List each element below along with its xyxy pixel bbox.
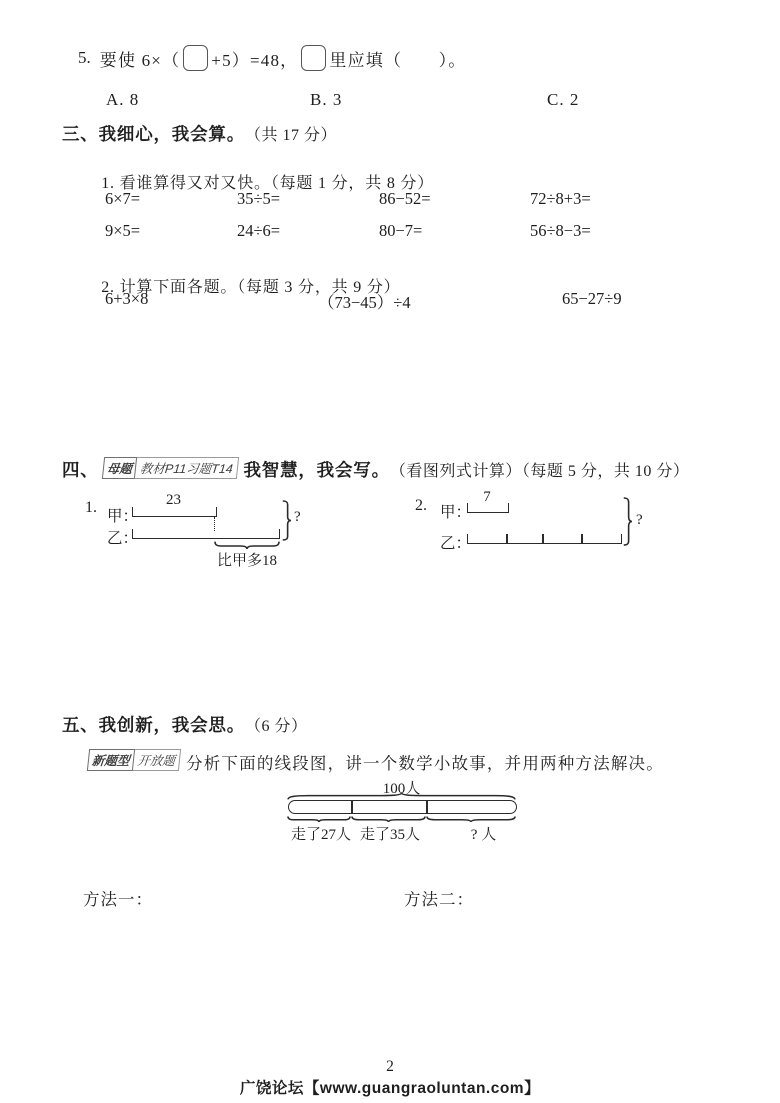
calc-item: 6×7= [105, 189, 140, 209]
question-5-number: 5. [78, 48, 91, 68]
badge-tag: 母题 [101, 457, 136, 479]
calc-item: 24÷6= [237, 221, 280, 241]
question-5-text-3: 里应填（ ）。 [329, 46, 466, 71]
section-3-score: （共 17 分） [245, 122, 337, 145]
footer-site: 广饶论坛【www.guangraoluntan.com】 [0, 1076, 780, 1098]
question-5-text-1: 要使 6×（ [100, 46, 181, 71]
brace-down-icon [352, 816, 425, 822]
calc-item: 56÷8−3= [530, 221, 591, 241]
calc-item: 9×5= [105, 221, 140, 241]
answer-box-2 [301, 45, 326, 71]
calc-item: 72÷8+3= [530, 189, 591, 209]
calc-item: 35÷5= [237, 189, 280, 209]
option-b: B. 3 [310, 90, 342, 110]
option-a: A. 8 [106, 90, 139, 110]
section-5-score: （6 分） [245, 713, 308, 736]
diagram-2-number: 2. [415, 497, 427, 515]
badge-tag: 新题型 [87, 749, 135, 771]
bar-tick [581, 534, 583, 543]
bar-tick [542, 534, 544, 543]
section-4-note: （看图列式计算）（每题 5 分，共 10 分） [390, 458, 690, 481]
line-segment-diagram: 100人 走了27人 走了35人 ? 人 [288, 777, 515, 835]
method-2-label: 方法二： [404, 886, 474, 910]
bar-divider [351, 801, 353, 813]
jia-bar [467, 503, 509, 513]
section-5-prompt: 分析下面的线段图，讲一个数学小故事，并用两种方法解决。 [186, 750, 664, 774]
calc-expression: 65−27÷9 [562, 289, 622, 309]
brace-up-icon [288, 793, 515, 800]
answer-box-1 [183, 45, 208, 71]
calc-expression: 6+3×8 [105, 289, 148, 309]
section-4-number: 四、 [62, 457, 99, 482]
page-number: 2 [0, 1058, 780, 1076]
segment-label-2: 走了35人 [355, 823, 425, 844]
badge-ref: 教材P11习题T14 [134, 457, 238, 479]
brace-down-icon [427, 816, 515, 822]
diagram-1-extra-label: 比甲多18 [201, 549, 293, 570]
bar-divider [426, 801, 428, 813]
diagram-2-question-mark: ? [636, 512, 643, 529]
source-badge: 母题 教材P11习题T14 [101, 457, 238, 479]
section-5-title: 五、我创新，我会思。 [62, 712, 245, 737]
calc-item: 80−7= [379, 221, 422, 241]
type-badge: 新题型 开放题 [87, 749, 181, 771]
badge-ref: 开放题 [132, 749, 181, 771]
question-5: 5. 要使 6×（ +5）=48， 里应填（ ）。 [78, 45, 466, 71]
section-3-heading: 三、我细心，我会算。 （共 17 分） [62, 121, 337, 146]
calc-item: 86−52= [379, 189, 431, 209]
brace-right-icon [282, 501, 291, 540]
method-1-label: 方法一： [83, 886, 153, 910]
bar-tick [506, 534, 508, 543]
bar-diagram-2: 2. 甲： 7 乙： ? [415, 495, 655, 567]
jia-bar [132, 507, 217, 517]
worksheet-page: 5. 要使 6×（ +5）=48， 里应填（ ）。 A. 8 B. 3 C. 2… [0, 0, 780, 1103]
yi-bar [132, 529, 280, 539]
segment-label-3: ? 人 [456, 823, 511, 844]
question-5-text-2: +5）=48， [211, 46, 298, 71]
section-5-prompt-line: 新题型 开放题 分析下面的线段图，讲一个数学小故事，并用两种方法解决。 [88, 750, 664, 774]
diagram-1-question-mark: ? [294, 509, 301, 526]
brace-down-icon [215, 541, 279, 549]
section-5-heading: 五、我创新，我会思。 （6 分） [62, 712, 308, 737]
yi-bar-segmented [467, 534, 622, 544]
section-4-heading: 四、 母题 教材P11习题T14 我智慧，我会写。 （看图列式计算）（每题 5 … [62, 457, 689, 482]
brace-down-icon [288, 816, 350, 822]
section-4-title: 我智慧，我会写。 [243, 457, 389, 482]
diagram-1-number: 1. [85, 499, 97, 517]
calc-expression: （73−45）÷4 [318, 289, 411, 313]
section-3-title: 三、我细心，我会算。 [62, 121, 245, 146]
option-c: C. 2 [547, 90, 579, 110]
segment-label-1: 走了27人 [286, 823, 356, 844]
bar-diagram-1: 1. 甲： 23 乙： 比甲多18 ? [85, 497, 315, 569]
total-bar [288, 800, 517, 814]
brace-right-icon [623, 498, 632, 545]
